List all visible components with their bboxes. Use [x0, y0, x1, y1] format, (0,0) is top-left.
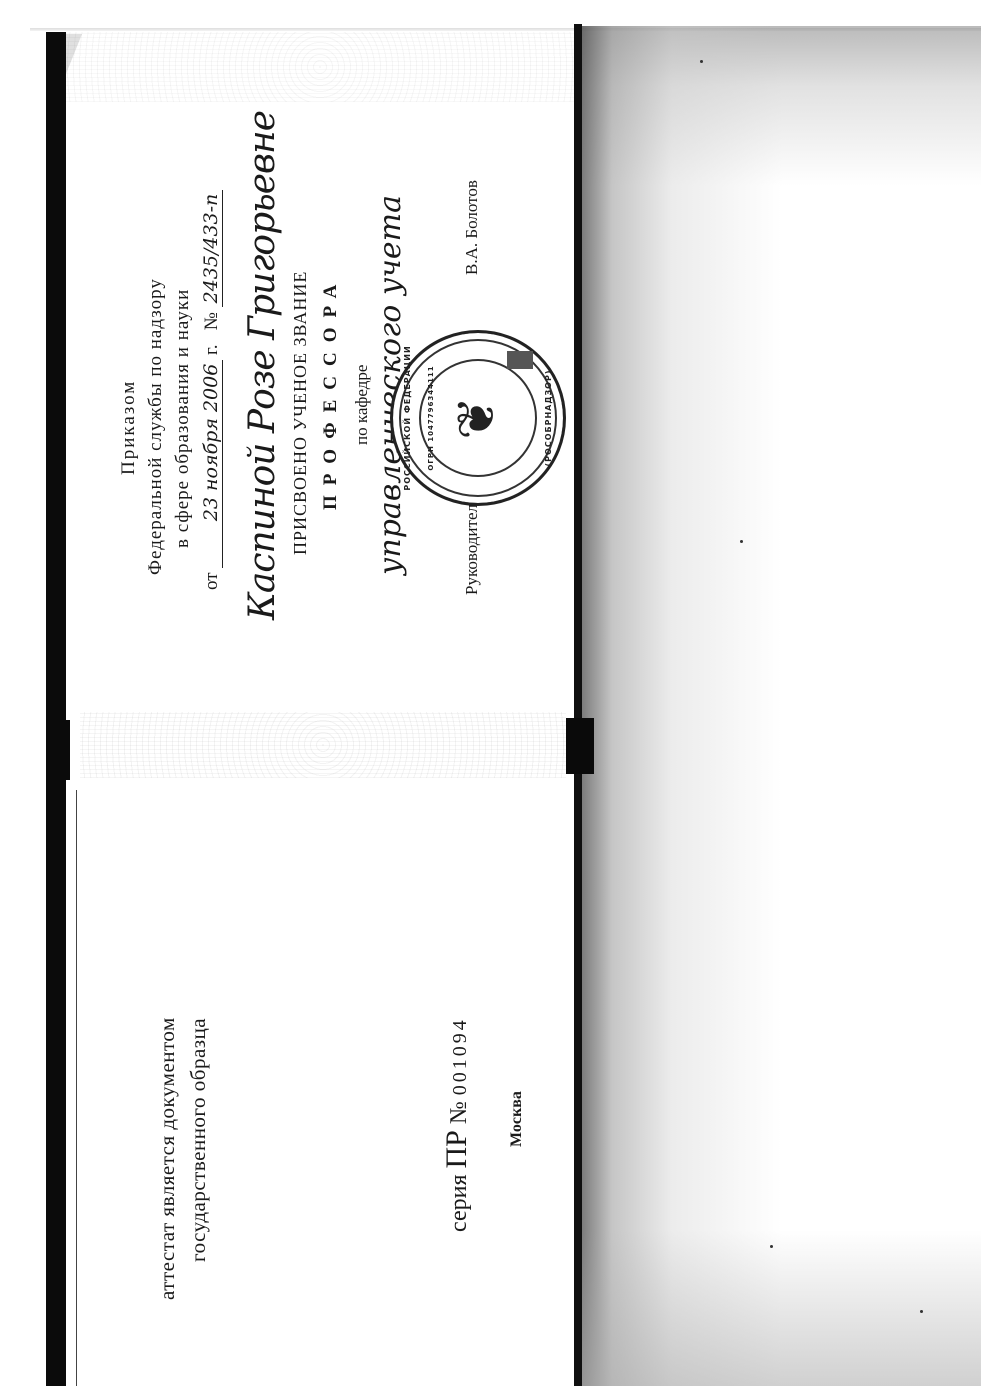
issue-city: Москва [508, 1091, 526, 1147]
awarded-label: ПРИСВОЕНО УЧЕНОЕ ЗВАНИЕ [290, 271, 311, 555]
right-cover-edge [574, 24, 582, 1386]
scan-speck [700, 60, 703, 63]
order-number: 2435/433-п [200, 190, 223, 308]
statement-line-2: государственного образца [186, 1018, 211, 1262]
order-date: 23 ноября 2006 [200, 360, 223, 568]
seal-stamp-block [507, 351, 533, 369]
year-suffix: г. [201, 345, 222, 355]
scan-speck [770, 1245, 773, 1248]
series-line: серия ПР № 001094 [440, 1017, 474, 1232]
scan-shadow-bottom [582, 1230, 981, 1386]
academic-title: ПРОФЕССОРА [320, 275, 342, 510]
left-cover-notch [60, 720, 70, 780]
official-seal: РОССИЙСКОЙ ФЕДЕРАЦИИ ОГРН 1047796344111 … [390, 330, 566, 506]
authority-line-1: Федеральной службы по надзору [145, 278, 167, 575]
seal-ogrn: ОГРН 1047796344111 [427, 365, 435, 470]
seal-text-top: РОССИЙСКОЙ ФЕДЕРАЦИИ [403, 345, 412, 490]
cover-fold-tab [566, 718, 594, 774]
series-value: ПР [440, 1130, 473, 1168]
left-cover-edge [46, 32, 66, 1386]
scan-speck [740, 540, 743, 543]
recipient-name: Каспиной Розе Григорьевне [242, 111, 283, 620]
seal-text-bottom: (РОСОБРНАДЗОР) [544, 370, 553, 467]
department-prefix: по кафедре [352, 365, 372, 445]
eagle-emblem-icon: ❦ [452, 396, 504, 440]
attestat-number: 001094 [449, 1017, 471, 1095]
statement-line-1: аттестат является документом [155, 1017, 180, 1300]
order-date-line: от 23 ноября 2006 г. № 2435/433-п [200, 190, 223, 590]
page-edge-line [76, 790, 77, 1386]
number-sign: № [446, 1101, 472, 1124]
scan-shadow-area [582, 26, 981, 1386]
guilloche-pattern-top [66, 32, 574, 102]
date-prefix: от [201, 572, 222, 590]
corner-ornament [66, 34, 82, 74]
signer-role: Руководитель [462, 496, 482, 595]
guilloche-pattern-fold [80, 712, 566, 778]
authority-line-2: в сфере образования и науки [172, 289, 194, 548]
number-prefix: № [201, 312, 222, 330]
signer-name: В.А. Болотов [462, 180, 482, 275]
series-label: серия [446, 1175, 472, 1232]
scan-speck [920, 1310, 923, 1313]
order-heading: Приказом [118, 380, 140, 475]
